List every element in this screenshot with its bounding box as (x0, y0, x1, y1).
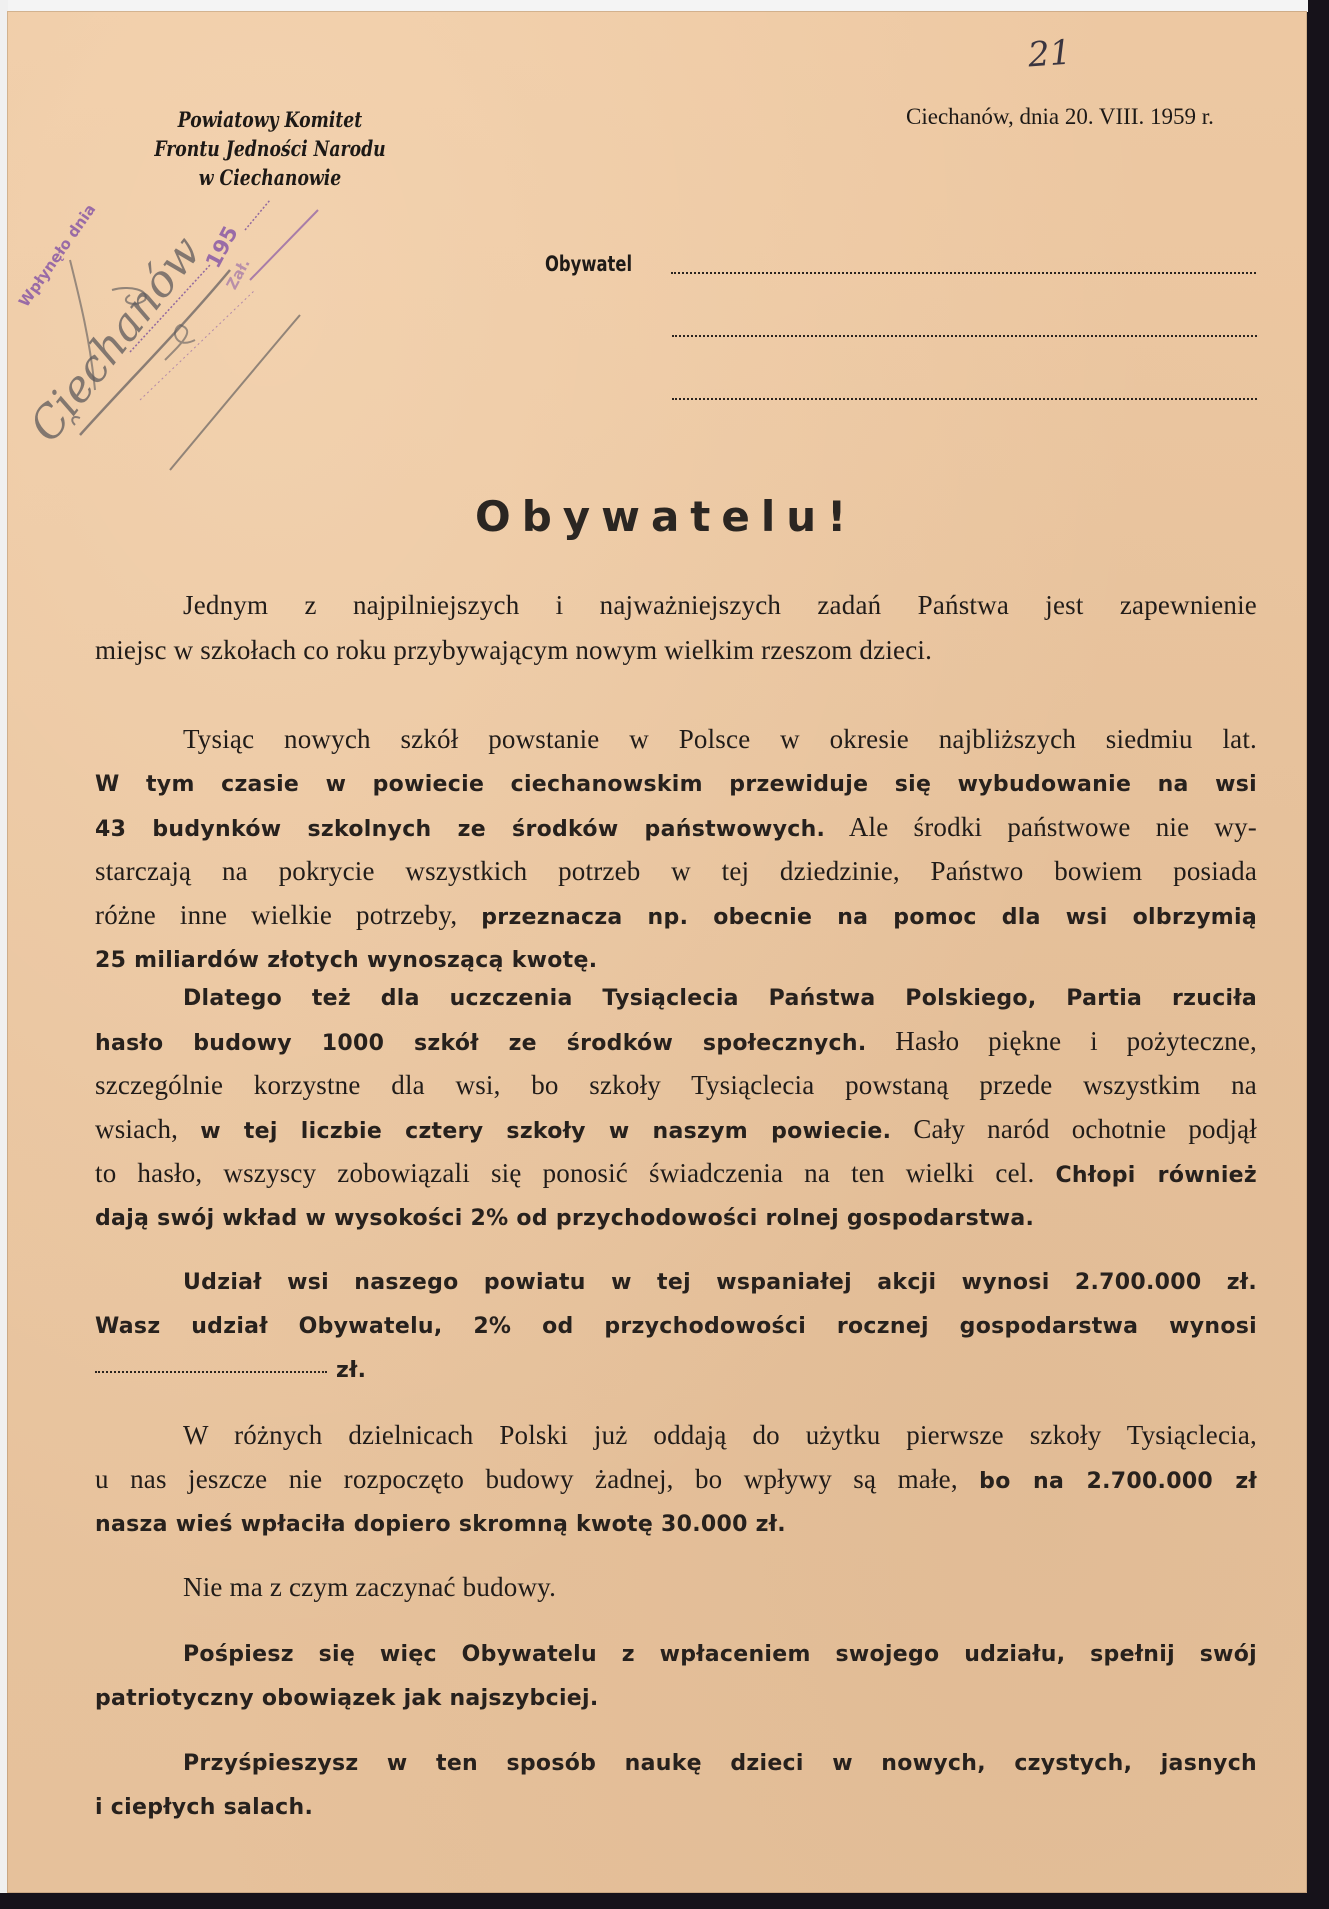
sender-line-1: Powiatowy Komitet (127, 107, 414, 132)
text: miejsc w szkołach co roku przybywającym … (95, 635, 932, 665)
paragraph-2-line-1: Tysiąc nowych szkół powstanie w Polsce w… (183, 722, 1257, 756)
paragraph-1-line-1: Jednym z najpilniejszych i najważniejszy… (183, 588, 1257, 622)
text: u nas jeszcze nie rozpoczęto budowy żadn… (95, 1464, 979, 1494)
text: Cały naród ochotnie podjął (891, 1114, 1257, 1144)
text: Ale środki państwowe nie wy- (825, 812, 1257, 842)
sender-line-2: Frontu Jedności Narodu (127, 136, 414, 161)
bold-text: przeznacza np. obecnie na pomoc dla wsi … (481, 905, 1257, 930)
paragraph-2-line-6: 25 miliardów złotych wynoszącą kwotę. (95, 942, 1257, 976)
bold-text: 43 budynków szkolnych ze środków państwo… (95, 817, 825, 842)
document-title: Obywatelu! (475, 492, 857, 541)
text: Jednym z najpilniejszych i najważniejszy… (183, 590, 1257, 620)
text: Nie ma z czym zaczynać budowy. (183, 1572, 556, 1602)
text: szczególnie korzystne dla wsi, bo szkoły… (95, 1070, 1257, 1100)
addressee-field-line-2[interactable] (672, 335, 1257, 337)
bold-text: zł. (336, 1358, 366, 1383)
text: starczają na pokrycie wszystkich potrzeb… (95, 856, 1257, 886)
bold-text: w tej liczbie cztery szkoły w naszym pow… (200, 1119, 891, 1144)
bold-text: bo na 2.700.000 zł (979, 1469, 1257, 1494)
bold-text: patriotyczny obowiązek jak najszybciej. (95, 1686, 599, 1711)
paragraph-5-line-2: u nas jeszcze nie rozpoczęto budowy żadn… (95, 1462, 1257, 1496)
text: wsiach, (95, 1114, 200, 1144)
text: Tysiąc nowych szkół powstanie w Polsce w… (183, 724, 1257, 754)
paragraph-3-line-5: to hasło, wszyscy zobowiązali się ponosi… (95, 1156, 1257, 1190)
text: to hasło, wszyscy zobowiązali się ponosi… (95, 1158, 1055, 1188)
bold-text: Dlatego też dla uczczenia Tysiąclecia Pa… (183, 986, 1257, 1011)
bold-text: Pośpiesz się więc Obywatelu z wpłaceniem… (183, 1642, 1257, 1667)
sender-line-3: w Ciechanowie (127, 165, 414, 190)
addressee-field-line-3[interactable] (672, 398, 1257, 400)
bold-text: nasza wieś wpłaciła dopiero skromną kwot… (95, 1512, 786, 1537)
text: W różnych dzielnicach Polski już oddają … (183, 1420, 1257, 1450)
bold-text: hasło budowy 1000 szkół ze środków społe… (95, 1031, 866, 1056)
paragraph-2-line-2: W tym czasie w powiecie ciechanowskim pr… (95, 766, 1257, 800)
paragraph-6-line-1: Nie ma z czym zaczynać budowy. (183, 1570, 1257, 1604)
paragraph-4-line-2: Wasz udział Obywatelu, 2% od przychodowo… (95, 1308, 1257, 1342)
bold-text: W tym czasie w powiecie ciechanowskim pr… (95, 772, 1257, 797)
bold-text: Przyśpieszysz w ten sposób naukę dzieci … (183, 1751, 1257, 1776)
paragraph-8-line-2: i ciepłych salach. (95, 1789, 1257, 1823)
document-date: Ciechanów, dnia 20. VIII. 1959 r. (906, 104, 1214, 130)
addressee-label: Obywatel (545, 252, 632, 276)
bold-text: Udział wsi naszego powiatu w tej wspania… (183, 1270, 1257, 1295)
text: różne inne wielkie potrzeby, (95, 900, 481, 930)
addressee-field-line-1[interactable] (671, 272, 1256, 274)
paragraph-1-line-2: miejsc w szkołach co roku przybywającym … (95, 633, 1257, 667)
paragraph-4-line-3: zł. (336, 1352, 536, 1386)
amount-field-line[interactable] (95, 1371, 327, 1373)
bold-text: i ciepłych salach. (95, 1795, 313, 1820)
paragraph-3-line-6: dają swój wkład w wysokości 2% od przych… (95, 1200, 1257, 1234)
bold-text: Chłopi również (1055, 1163, 1257, 1188)
paragraph-2-line-4: starczają na pokrycie wszystkich potrzeb… (95, 854, 1257, 888)
paragraph-2-line-3: 43 budynków szkolnych ze środków państwo… (95, 810, 1257, 844)
paragraph-3-line-2: hasło budowy 1000 szkół ze środków społe… (95, 1024, 1257, 1058)
paragraph-5-line-1: W różnych dzielnicach Polski już oddają … (183, 1418, 1257, 1452)
paragraph-5-line-3: nasza wieś wpłaciła dopiero skromną kwot… (95, 1506, 1257, 1540)
paragraph-2-line-5: różne inne wielkie potrzeby, przeznacza … (95, 898, 1257, 932)
paragraph-8-line-1: Przyśpieszysz w ten sposób naukę dzieci … (183, 1745, 1257, 1779)
bold-text: 25 miliardów złotych wynoszącą kwotę. (95, 948, 597, 973)
paragraph-7-line-2: patriotyczny obowiązek jak najszybciej. (95, 1680, 1257, 1714)
bold-text: Wasz udział Obywatelu, 2% od przychodowo… (95, 1314, 1257, 1339)
page-number-handwritten: 21 (1027, 33, 1073, 76)
paragraph-3-line-3: szczególnie korzystne dla wsi, bo szkoły… (95, 1068, 1257, 1102)
text: Hasło piękne i pożyteczne, (866, 1026, 1257, 1056)
paragraph-4-line-1: Udział wsi naszego powiatu w tej wspania… (183, 1264, 1257, 1298)
paragraph-3-line-4: wsiach, w tej liczbie cztery szkoły w na… (95, 1112, 1257, 1146)
paragraph-7-line-1: Pośpiesz się więc Obywatelu z wpłaceniem… (183, 1636, 1257, 1670)
bold-text: dają swój wkład w wysokości 2% od przych… (95, 1206, 1034, 1231)
paragraph-3-line-1: Dlatego też dla uczczenia Tysiąclecia Pa… (183, 980, 1257, 1014)
